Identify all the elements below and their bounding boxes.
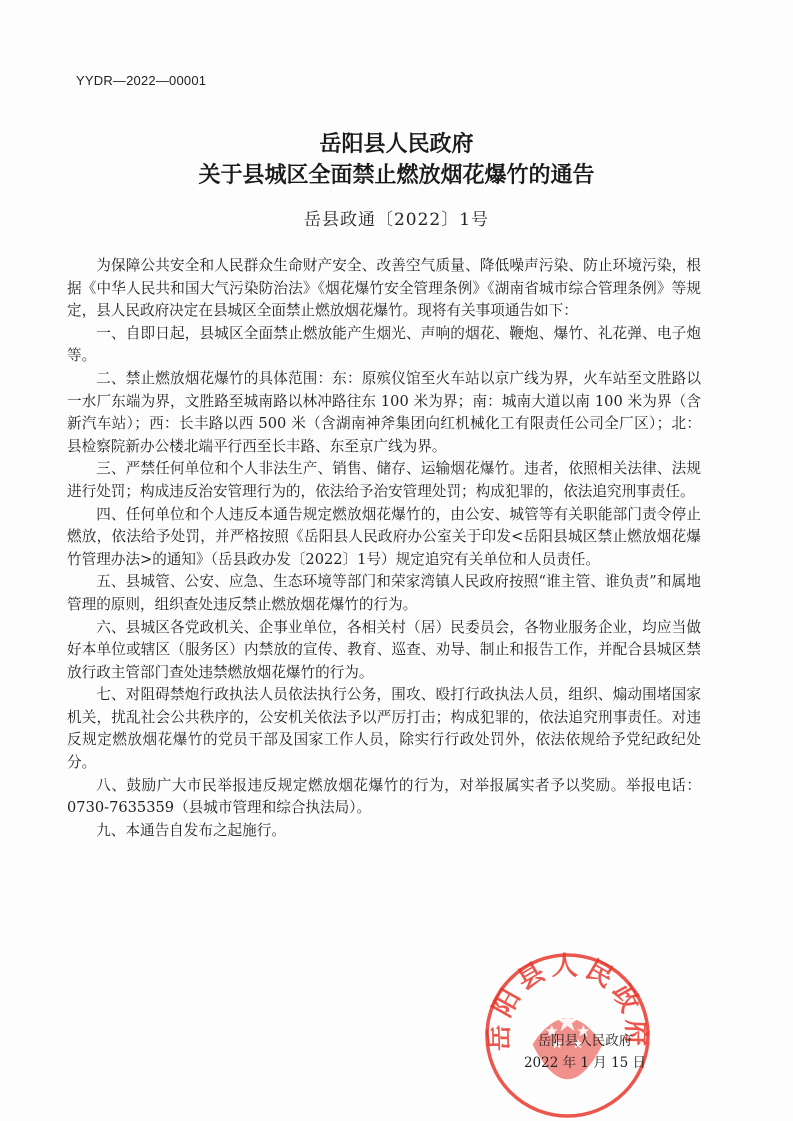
paragraph-intro: 为保障公共安全和人民群众生命财产安全、改善空气质量、降低噪声污染、防止环境污染，… bbox=[67, 255, 701, 323]
notice-title: 关于县城区全面禁止燃放烟花爆竹的通告 bbox=[0, 158, 793, 189]
paragraph-1: 一、自即日起，县城区全面禁止燃放能产生烟光、声响的烟花、鞭炮、爆竹、礼花弹、电子… bbox=[67, 323, 701, 368]
signature-date: 2022 年 1 月 15 日 bbox=[500, 1052, 670, 1074]
paragraph-5: 五、县城管、公安、应急、生态环境等部门和荣家湾镇人民政府按照“谁主管、谁负责”和… bbox=[67, 571, 701, 616]
paragraph-8: 八、鼓励广大市民举报违反规定燃放烟花爆竹的行为，对举报属实者予以奖励。举报电话：… bbox=[67, 775, 701, 820]
document-body: 为保障公共安全和人民群众生命财产安全、改善空气质量、降低噪声污染、防止环境污染，… bbox=[67, 255, 701, 842]
paragraph-3: 三、严禁任何单位和个人非法生产、销售、储存、运输烟花爆竹。违者，依照相关法律、法… bbox=[67, 458, 701, 503]
signature-block: 岳阳县人民政府 2022 年 1 月 15 日 bbox=[500, 1030, 670, 1074]
document-code: YYDR—2022—00001 bbox=[76, 73, 206, 88]
signature-issuer: 岳阳县人民政府 bbox=[500, 1030, 670, 1052]
document-page: YYDR—2022—00001 岳阳县人民政府 关于县城区全面禁止燃放烟花爆竹的… bbox=[0, 0, 793, 1121]
document-number: 岳县政通〔2022〕1号 bbox=[0, 205, 793, 230]
paragraph-6: 六、县城区各党政机关、企事业单位，各相关村（居）民委员会，各物业服务企业，均应当… bbox=[67, 617, 701, 685]
paragraph-9: 九、本通告自发布之起施行。 bbox=[67, 820, 701, 843]
paragraph-4: 四、任何单位和个人违反本通告规定燃放烟花爆竹的，由公安、城管等有关职能部门责令停… bbox=[67, 504, 701, 572]
paragraph-2: 二、禁止燃放烟花爆竹的具体范围：东：原殡仪馆至火车站以京广线为界，火车站至文胜路… bbox=[67, 368, 701, 458]
paragraph-7: 七、对阻碍禁炮行政执法人员依法执行公务，围攻、殴打行政执法人员，组织、煽动围堵国… bbox=[67, 684, 701, 774]
issuer-title: 岳阳县人民政府 bbox=[0, 127, 793, 158]
